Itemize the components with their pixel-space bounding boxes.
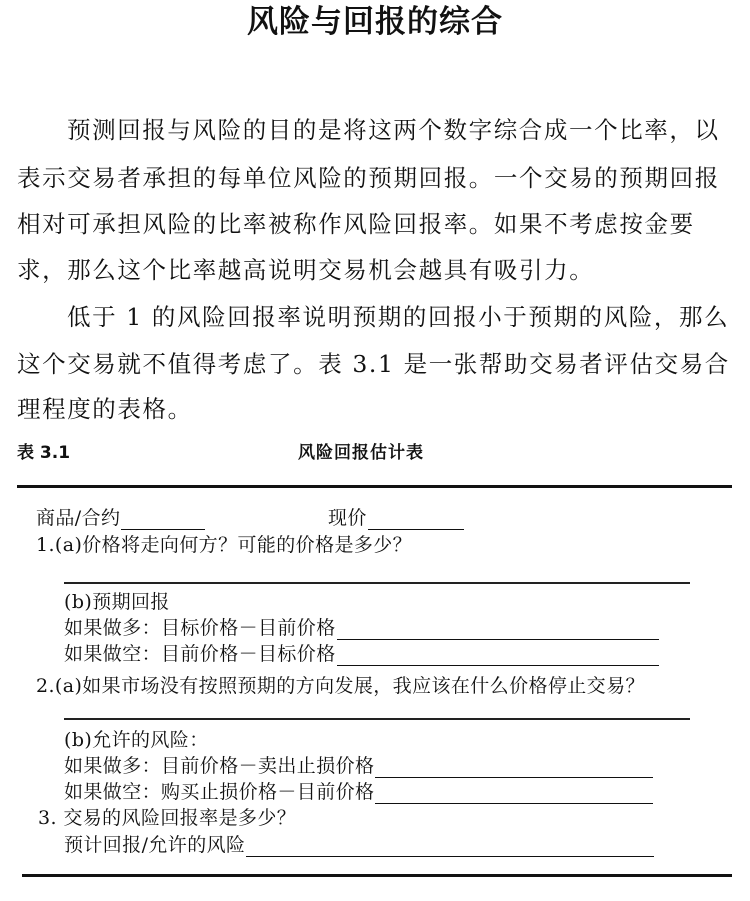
q2a-question: 2.(a)如果市场没有按照预期的方向发展，我应该在什么价格停止交易？: [36, 674, 645, 698]
commodity-label: 商品/合约: [36, 507, 120, 529]
q2a-answer-line[interactable]: [64, 718, 690, 720]
q2b-long-label: 如果做多：目前价格－卖出止损价格: [64, 755, 374, 777]
paragraph-2-line-2: 这个交易就不值得考虑了。表 3.1 是一张帮助交易者评估交易合: [17, 349, 730, 379]
q3-formula-input[interactable]: [246, 836, 654, 857]
paragraph-1-line-2: 表示交易者承担的每单位风险的预期回报。一个交易的预期回报: [17, 163, 720, 193]
q1b-label: (b)预期回报: [64, 590, 170, 614]
current-price-field: 现价: [328, 506, 464, 530]
paragraph-2-line-1: 低于 1 的风险回报率说明预期的回报小于预期的风险，那么: [67, 302, 729, 332]
q2b-label: (b)允许的风险：: [64, 728, 209, 752]
q2b-short-label: 如果做空：购买止损价格－目前价格: [64, 781, 374, 803]
q1b-short-input[interactable]: [337, 645, 659, 666]
q1b-short-label: 如果做空：目前价格－目标价格: [64, 643, 336, 665]
commodity-input[interactable]: [121, 509, 205, 530]
commodity-field: 商品/合约: [36, 506, 205, 530]
current-price-input[interactable]: [368, 509, 464, 530]
table-bottom-rule: [22, 874, 732, 877]
current-price-label: 现价: [328, 507, 367, 529]
q1a-answer-line[interactable]: [64, 582, 690, 584]
table-caption: 风险回报估计表: [298, 441, 424, 465]
q1b-short-field: 如果做空：目前价格－目标价格: [64, 642, 659, 666]
q1b-long-input[interactable]: [337, 619, 659, 640]
page-title: 风险与回报的综合: [0, 2, 750, 42]
q2b-short-field: 如果做空：购买止损价格－目前价格: [64, 780, 653, 804]
paragraph-2-line-3: 理程度的表格。: [17, 394, 193, 424]
paragraph-1-line-3: 相对可承担风险的比率被称作风险回报率。如果不考虑按金要: [17, 209, 695, 239]
q2b-long-field: 如果做多：目前价格－卖出止损价格: [64, 754, 653, 778]
q2b-long-input[interactable]: [375, 757, 653, 778]
q3-formula-label: 预计回报/允许的风险: [64, 834, 245, 856]
q3-question: 3. 交易的风险回报率是多少？: [38, 806, 296, 830]
q1a-question: 1.(a)价格将走向何方？可能的价格是多少？: [36, 533, 412, 557]
q3-formula-field: 预计回报/允许的风险: [64, 833, 654, 857]
q1b-long-field: 如果做多：目标价格－目前价格: [64, 616, 659, 640]
table-top-rule: [17, 485, 732, 488]
paragraph-1-line-1: 预测回报与风险的目的是将这两个数字综合成一个比率，以: [67, 115, 720, 145]
table-number: 表 3.1: [17, 441, 70, 465]
paragraph-1-line-4: 求，那么这个比率越高说明交易机会越具有吸引力。: [17, 255, 594, 285]
q1b-long-label: 如果做多：目标价格－目前价格: [64, 617, 336, 639]
q2b-short-input[interactable]: [375, 783, 653, 804]
